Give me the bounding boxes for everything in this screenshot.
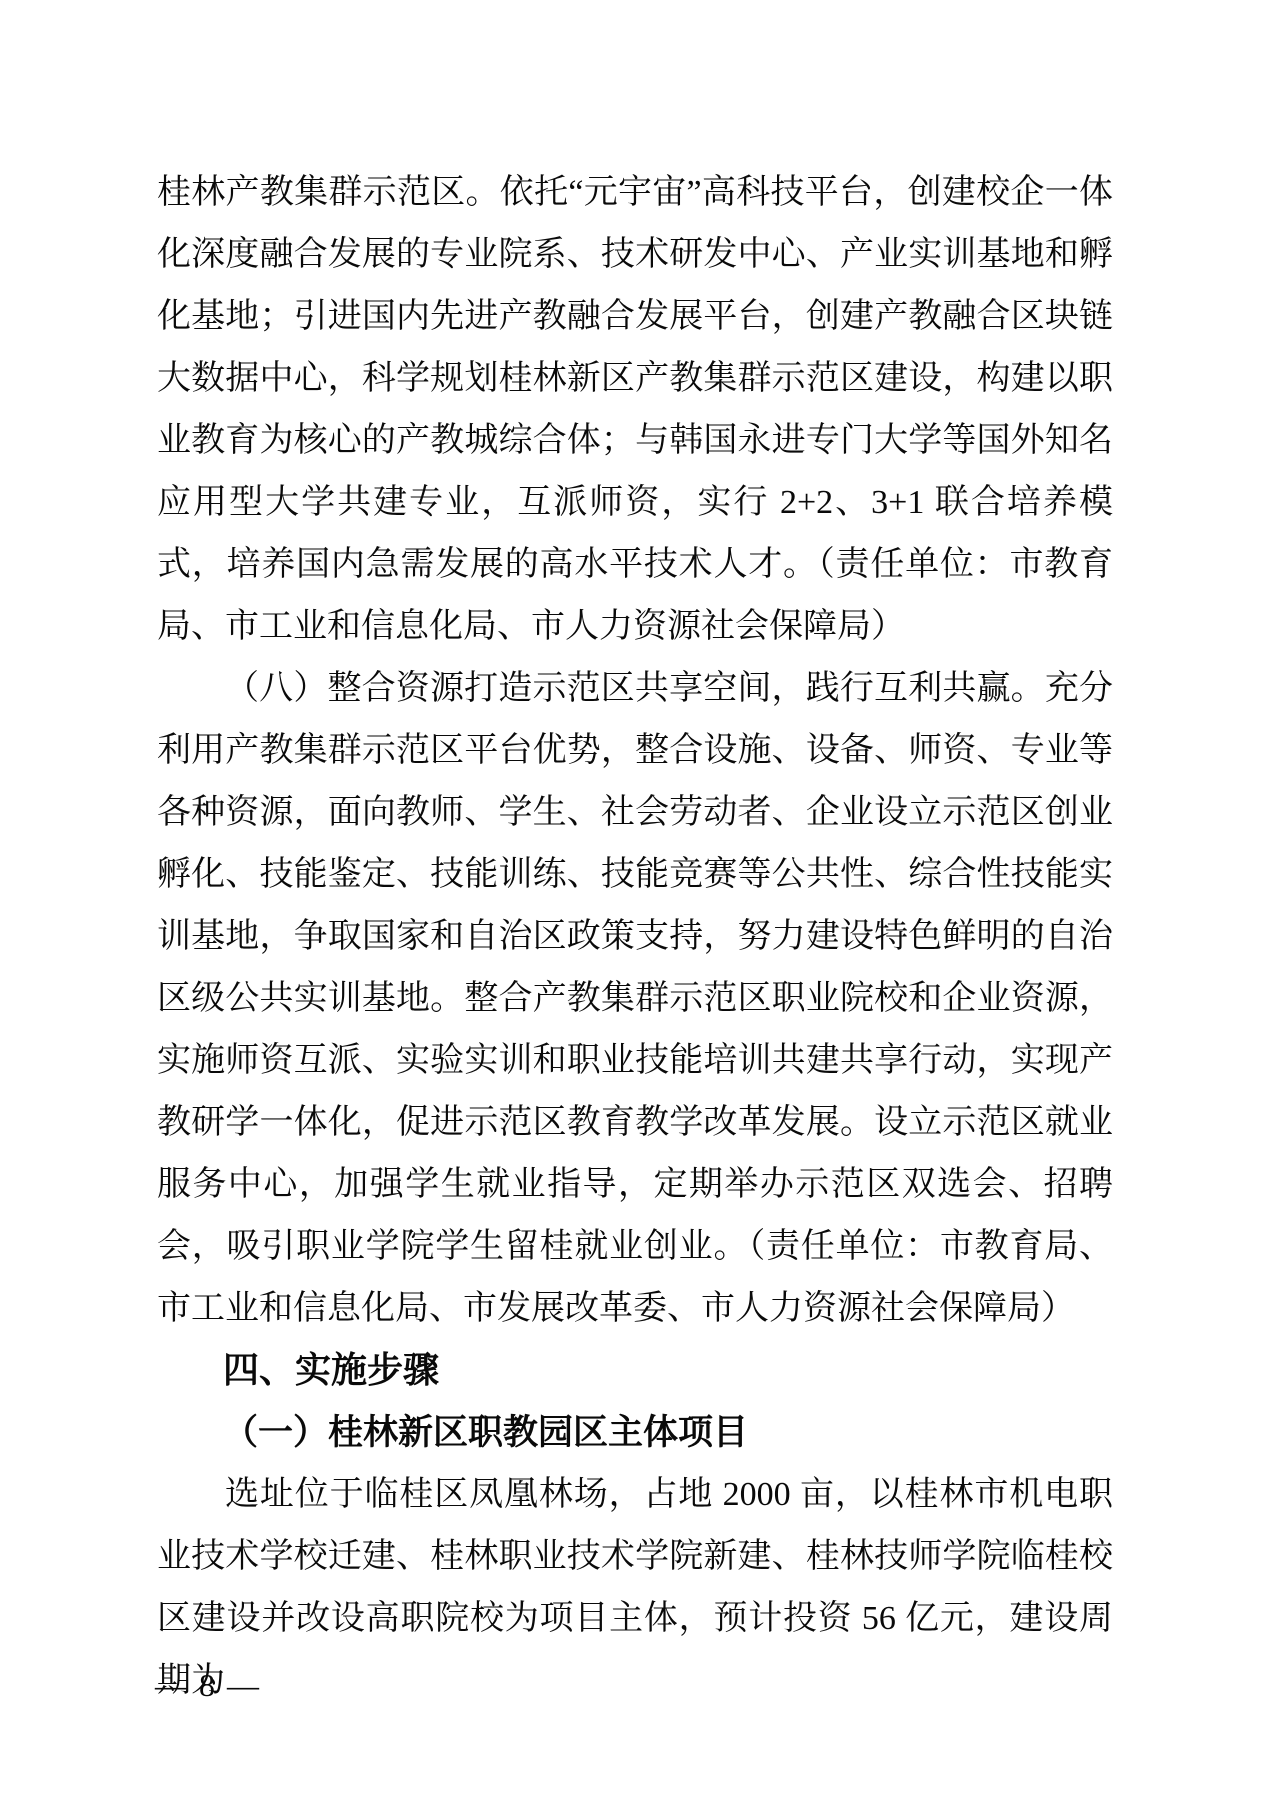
paragraph-project-description-text: 选址位于临桂区凤凰林场，占地 2000 亩，以桂林市机电职业技术学校迁建、桂林职… bbox=[157, 1476, 1113, 1699]
paragraph-item-8-lead: （八）整合资源打造示范区共享空间，践行互利共赢。 bbox=[225, 670, 1045, 707]
subsection-heading-project-1: （一）桂林新区职教园区主体项目 bbox=[157, 1402, 1113, 1464]
paragraph-item-8-text: 充分利用产教集群示范区平台优势，整合设施、设备、师资、专业等各种资源，面向教师、… bbox=[157, 670, 1113, 1265]
document-page: 桂林产教集群示范区。依托“元宇宙”高科技平台，创建校企一体化深度融合发展的专业院… bbox=[0, 0, 1269, 1795]
paragraph-item-8: （八）整合资源打造示范区共享空间，践行互利共赢。充分利用产教集群示范区平台优势，… bbox=[157, 658, 1113, 1340]
paragraph-continued: 桂林产教集群示范区。依托“元宇宙”高科技平台，创建校企一体化深度融合发展的专业院… bbox=[157, 162, 1113, 658]
page-number: — 8 — bbox=[155, 1654, 261, 1716]
section-heading-implementation-steps: 四、实施步骤 bbox=[157, 1340, 1113, 1402]
paragraph-continued-text: 桂林产教集群示范区。依托“元宇宙”高科技平台，创建校企一体化深度融合发展的专业院… bbox=[157, 174, 1113, 583]
document-body: 桂林产教集群示范区。依托“元宇宙”高科技平台，创建校企一体化深度融合发展的专业院… bbox=[157, 162, 1113, 1712]
paragraph-project-description: 选址位于临桂区凤凰林场，占地 2000 亩，以桂林市机电职业技术学校迁建、桂林职… bbox=[157, 1464, 1113, 1712]
